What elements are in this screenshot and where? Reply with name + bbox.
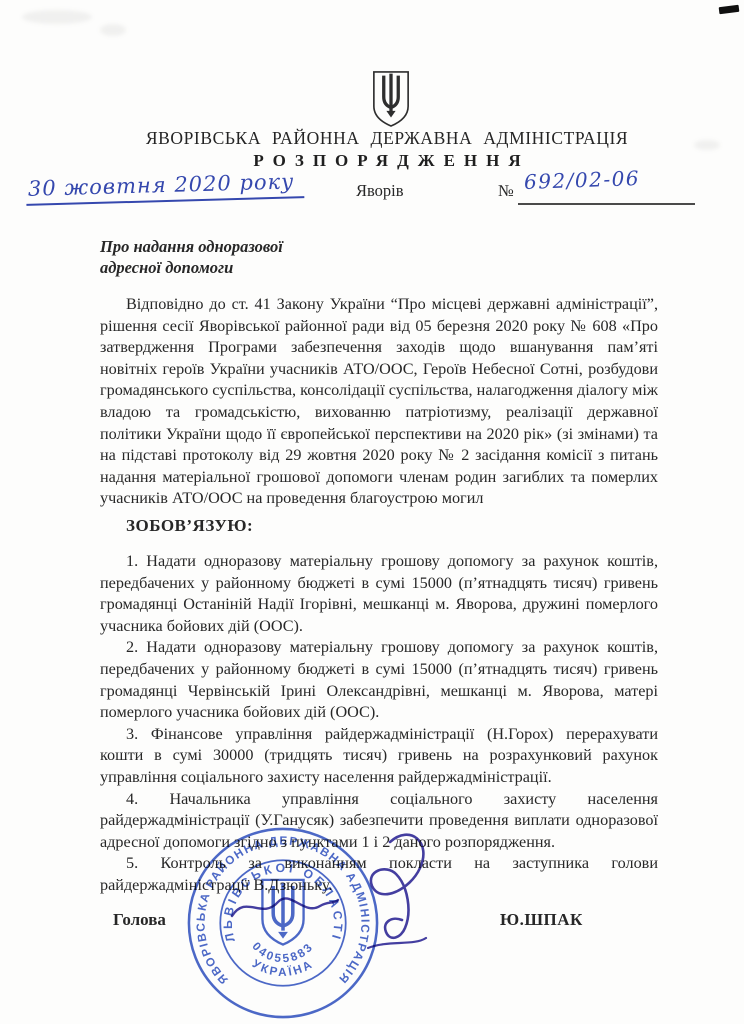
handwritten-date: 30 жовтня 2020 року xyxy=(26,169,305,206)
subject-line-1: Про надання одноразової xyxy=(100,237,283,258)
item-1: 1. Надати одноразову матеріальну грошову… xyxy=(100,551,658,637)
document-page: ЯВОРІВСЬКА РАЙОННА ДЕРЖАВНА АДМІНІСТРАЦІ… xyxy=(0,0,744,1024)
item-2: 2. Надати одноразову матеріальну грошову… xyxy=(100,637,658,723)
subject-heading: Про надання одноразової адресної допомог… xyxy=(100,237,283,278)
scan-smudge xyxy=(100,24,126,36)
subject-line-2: адресної допомоги xyxy=(100,258,283,279)
number-sign: № xyxy=(498,181,514,201)
resolution-heading: ЗОБОВ’ЯЗУЮ: xyxy=(126,516,253,536)
signature-scribble xyxy=(228,886,343,931)
scan-smudge xyxy=(22,10,92,24)
item-3: 3. Фінансове управління райдержадміністр… xyxy=(100,724,658,789)
signatory-name: Ю.ШПАК xyxy=(500,910,583,930)
handwritten-document-number: 692/02-06 xyxy=(524,166,641,194)
scan-artifact-dash xyxy=(719,5,740,14)
issue-city: Яворів xyxy=(356,181,404,201)
preamble-paragraph: Відповідно до ст. 41 Закону України “Про… xyxy=(100,294,658,510)
organization-name: ЯВОРІВСЬКА РАЙОННА ДЕРЖАВНА АДМІНІСТРАЦІ… xyxy=(30,128,744,149)
signatory-role: Голова xyxy=(113,910,166,930)
trident-emblem-icon xyxy=(367,70,415,128)
number-underline xyxy=(518,203,695,205)
